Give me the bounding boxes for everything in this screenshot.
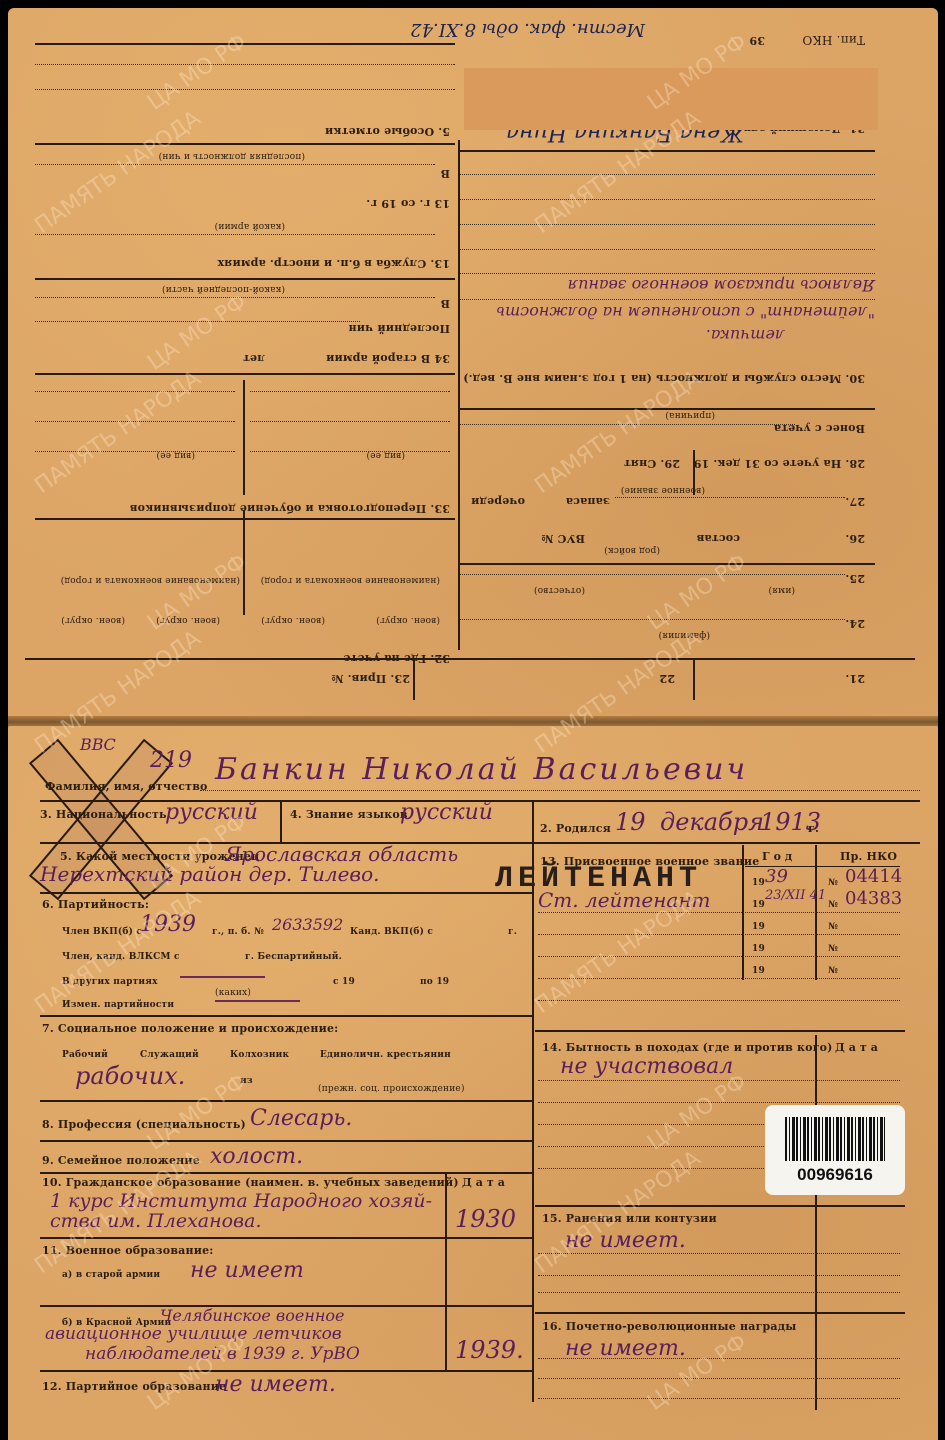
- dotted-line: [250, 391, 450, 392]
- social-option-peasant: Единоличн. крестьянин: [320, 1050, 451, 1060]
- dotted-line: [35, 64, 455, 65]
- print-number: 39: [749, 34, 765, 47]
- divider: [535, 1030, 905, 1032]
- divider-vertical: [243, 380, 245, 495]
- redacted-area: [464, 68, 878, 130]
- civil-education-line-2: ства им. Плеханова.: [50, 1210, 262, 1232]
- field-26-mid: состав: [696, 532, 740, 545]
- divider: [25, 658, 915, 660]
- field-24-label: 24.: [845, 617, 865, 630]
- divider-vertical: [280, 802, 282, 842]
- divider: [35, 278, 455, 280]
- rank-no: №: [828, 922, 838, 932]
- field-1-label: Фамилия, имя, отчество: [45, 780, 208, 793]
- field-10-label: 10. Гражданское образование (наимен. в. …: [42, 1176, 459, 1189]
- field-8-label: 8. Профессия (специальность): [42, 1118, 246, 1131]
- rank-year-prefix: 19: [752, 944, 765, 954]
- party-education: не имеет.: [215, 1372, 336, 1397]
- red-army-education-line-1: Челябинское военное: [160, 1306, 345, 1325]
- rank-no: №: [828, 878, 838, 888]
- dotted-line: [538, 1080, 900, 1081]
- cand-g: г.: [508, 927, 517, 937]
- other-parties-hint: (каких): [215, 988, 251, 998]
- dotted-line: [460, 424, 795, 425]
- col-order: Пр. НКО: [840, 850, 897, 863]
- divider: [40, 892, 532, 894]
- field-13b-v: В: [441, 167, 451, 180]
- strike-line: [180, 976, 265, 978]
- field-26-end: ВУС №: [541, 532, 585, 545]
- campaigns: не участвовал: [560, 1054, 733, 1079]
- dotted-line: [35, 234, 435, 235]
- reference-number: 219: [150, 748, 192, 773]
- field-21-label: 21.: [845, 672, 865, 685]
- dotted-line: [538, 934, 900, 935]
- field-28-label: 28. На учете со 31 дек. 19: [694, 457, 866, 470]
- field-32-hint-okrug-4: (воен. округ): [61, 615, 125, 625]
- divider: [40, 842, 920, 844]
- print-mark: Тип. НКО: [802, 33, 865, 47]
- profession: Слесарь.: [250, 1106, 352, 1131]
- pb-label: г., п. б. №: [212, 927, 264, 937]
- dotted-line: [460, 199, 875, 200]
- divider: [35, 43, 455, 45]
- rank-year: 39: [765, 866, 788, 887]
- party-change-label: Измен. партийности: [62, 1000, 174, 1010]
- field-32-hint-kom-1: (наименование военкомата и город): [261, 575, 441, 585]
- old-army-education: не имеет: [190, 1258, 304, 1283]
- field-6-label: 6. Партийность:: [42, 898, 149, 911]
- dotted-line: [200, 790, 920, 791]
- full-name: Банкин Николай Васильевич: [215, 752, 748, 787]
- field-15-label: 15. Ранения или контузии: [542, 1212, 717, 1225]
- field-29-label: 29. Снят: [624, 457, 680, 470]
- dotted-line: [615, 497, 845, 498]
- divider: [35, 373, 455, 375]
- field-13b-hint-army: (какой армии): [214, 221, 285, 231]
- dotted-line: [538, 956, 900, 957]
- divider-vertical: [458, 140, 460, 650]
- field-27-end: очереди: [471, 495, 525, 508]
- dotted-line: [35, 321, 360, 322]
- field-14-label: 14. Бытность в походах (где и против ког…: [542, 1041, 833, 1054]
- divider: [535, 1205, 905, 1207]
- dotted-line: [35, 451, 235, 452]
- field-16-label: 16. Почетно-революционные награды: [542, 1320, 797, 1333]
- dotted-line: [538, 1292, 900, 1293]
- divider-vertical: [243, 510, 245, 615]
- field-12-label: 12. Партийное образование: [42, 1380, 226, 1393]
- dotted-line: [460, 273, 875, 274]
- field-32-label: 32. Где на учете: [343, 652, 450, 665]
- dotted-line: [538, 978, 900, 979]
- field-27-mid: запаса: [566, 495, 610, 508]
- social-from: из: [240, 1076, 253, 1086]
- field-34-suffix: лет: [243, 352, 265, 365]
- col-year: Год: [762, 850, 796, 863]
- marital-status: холост.: [210, 1144, 303, 1169]
- red-army-education-line-3: наблюдателей в 1939 г. УрВО: [85, 1344, 360, 1364]
- civil-education-date: 1930: [455, 1205, 516, 1233]
- field-13b-label: 13. Служба в б.п. и иностр. армиях: [217, 257, 450, 270]
- divider-vertical: [413, 660, 415, 700]
- field-32-hint-okrug-1: (воен. округ): [376, 615, 440, 625]
- field-32-hint-okrug-3: (воен. округ): [156, 615, 220, 625]
- rank-no: №: [828, 900, 838, 910]
- red-army-education-date: 1939.: [455, 1336, 524, 1364]
- wounds: не имеет.: [565, 1228, 686, 1253]
- divider: [535, 1312, 905, 1314]
- divider: [460, 150, 875, 152]
- barcode-icon: [785, 1117, 885, 1161]
- cand-label: Канд. ВКП(б) с: [350, 927, 433, 937]
- dotted-line: [35, 297, 435, 298]
- dotted-line: [538, 1102, 900, 1103]
- dotted-line: [460, 174, 875, 175]
- social-hint: (прежн. соц. происхождение): [318, 1084, 465, 1094]
- divider: [40, 1140, 532, 1142]
- header-note: Местн. фак. оды 8.XI.42: [410, 19, 645, 40]
- divider: [35, 518, 455, 520]
- rank-order: 04383: [845, 888, 902, 909]
- divider-vertical: [693, 660, 695, 700]
- social-status: рабочих.: [75, 1062, 185, 1090]
- field-9-label: 9. Семейное положение: [42, 1154, 200, 1167]
- dotted-line: [538, 912, 900, 913]
- divider: [40, 1015, 532, 1017]
- field-24-hint: (фамилия): [658, 630, 710, 640]
- field-33-label: 33. Переподготовка и обучение допризывни…: [130, 502, 450, 515]
- field-32-hint-okrug-2: (воен. округ): [261, 615, 325, 625]
- field-23-label: 23. Прив. №: [331, 672, 410, 685]
- field-3-label: 3. Национальность: [40, 808, 167, 821]
- dotted-line: [460, 249, 875, 250]
- stamp-note: ВВС: [80, 735, 116, 754]
- party-card-number: 2633592: [272, 915, 343, 934]
- dotted-line: [460, 299, 875, 300]
- dotted-line: [460, 224, 875, 225]
- field-27-hint: (военное звание): [621, 485, 705, 495]
- rank-year-prefix: 19: [752, 900, 765, 910]
- nonparty-label: г. Беспартийный.: [245, 952, 342, 962]
- field-13b-period: 13 г. со 19 г.: [366, 197, 450, 210]
- dotted-line: [460, 619, 845, 620]
- rank-no: №: [828, 966, 838, 976]
- dotted-line: [538, 1378, 900, 1379]
- other-from: с 19: [333, 977, 355, 987]
- field-25-hint-patronymic: (отчество): [534, 585, 585, 595]
- field-22-label: 22: [659, 672, 675, 685]
- divider: [40, 1172, 532, 1174]
- vkp-year: 1939: [140, 912, 196, 937]
- rank-year-prefix: 19: [752, 878, 765, 888]
- dotted-line: [35, 391, 235, 392]
- divider: [35, 143, 455, 145]
- field-4-label: 4. Знание языков: [290, 808, 408, 821]
- birthplace-line-2: Нерехтский район дер. Тилево.: [40, 862, 379, 886]
- social-option-kolkhoz: Колхозник: [230, 1050, 289, 1060]
- removed-hint: (причина): [665, 410, 715, 420]
- field-32-hint-kom-2: (наименование военкомата и город): [61, 575, 241, 585]
- field-2-label: 2. Родился: [540, 822, 611, 835]
- field-34-last-rank: Последний чин: [348, 322, 450, 335]
- divider-vertical: [815, 1035, 817, 1410]
- strike-line: [215, 1000, 300, 1002]
- dotted-line: [538, 1253, 900, 1254]
- rank-order: 04414: [845, 866, 902, 887]
- barcode-number: 00969616: [765, 1165, 905, 1185]
- languages: русский: [400, 800, 493, 825]
- divider-vertical: [445, 1172, 447, 1372]
- birth-suffix: г.: [808, 822, 819, 835]
- field-26-hint: (род войск): [604, 545, 660, 555]
- divider: [40, 1237, 532, 1239]
- divider: [40, 1100, 532, 1102]
- old-army-label: а) в старой армии: [62, 1270, 160, 1280]
- field-11-label: 11. Военное образование:: [42, 1244, 214, 1257]
- birth-day: 19: [615, 808, 646, 836]
- field-34-v-hint: (какой-последней части): [162, 284, 285, 294]
- field-26-label: 26.: [845, 532, 865, 545]
- field-14-date-header: Дата: [835, 1041, 882, 1054]
- field-30-value-2: "лейтенант" с исполнением на должность: [496, 303, 875, 322]
- rank-year-prefix: 19: [752, 922, 765, 932]
- field-34-v: В: [441, 297, 451, 310]
- barcode-sticker: 00969616: [765, 1105, 905, 1195]
- rank-year: 23/XII 41: [765, 888, 826, 903]
- field-10-date-header: Дата: [462, 1176, 509, 1189]
- dotted-line: [250, 451, 450, 452]
- civil-education-line-1: 1 курс Института Народного хозяй-: [50, 1190, 432, 1212]
- field-30-label: 30. Место службы и должность (на 1 год з…: [463, 372, 865, 385]
- field-13b-hint-post: (последняя должность и чин): [158, 151, 305, 161]
- field-7-label: 7. Социальное положение и происхождение:: [42, 1022, 338, 1035]
- dotted-line: [35, 164, 435, 165]
- dotted-line: [538, 1398, 900, 1399]
- dotted-line: [35, 421, 235, 422]
- vlksm-label: Член, канд. ВЛКСМ с: [62, 952, 180, 962]
- vkp-label: Член ВКП(б) с: [62, 927, 142, 937]
- social-option-worker: Рабочий: [62, 1050, 108, 1060]
- other-parties-label: В других партиях: [62, 977, 158, 987]
- nationality: русский: [165, 800, 258, 825]
- field-34-label: 34 В старой армии: [326, 352, 450, 365]
- birth-month: декабря: [660, 808, 764, 836]
- divider: [460, 563, 875, 565]
- red-army-education-line-2: авиационное училище летчиков: [45, 1324, 342, 1344]
- field-25-label: 25.: [845, 572, 865, 585]
- dotted-line: [538, 1000, 900, 1001]
- dotted-line: [35, 89, 455, 90]
- rank-no: №: [828, 944, 838, 954]
- dotted-line: [538, 1358, 900, 1359]
- field-25-hint-name: (имя): [768, 585, 795, 595]
- dotted-line: [250, 421, 450, 422]
- field-27-label: 27.: [845, 495, 865, 508]
- field-5b-label: 5. Особые отметки: [325, 125, 450, 138]
- social-option-employee: Служащий: [140, 1050, 199, 1060]
- dotted-line: [460, 574, 845, 575]
- other-to: по 19: [420, 977, 449, 987]
- rank-value: Ст. лейтенант: [538, 888, 710, 912]
- field-30-value-3: летчика.: [706, 326, 785, 345]
- field-30-value-1: Являюсь приказом военного звания: [568, 276, 875, 295]
- rank-year-prefix: 19: [752, 966, 765, 976]
- dotted-line: [538, 1275, 900, 1276]
